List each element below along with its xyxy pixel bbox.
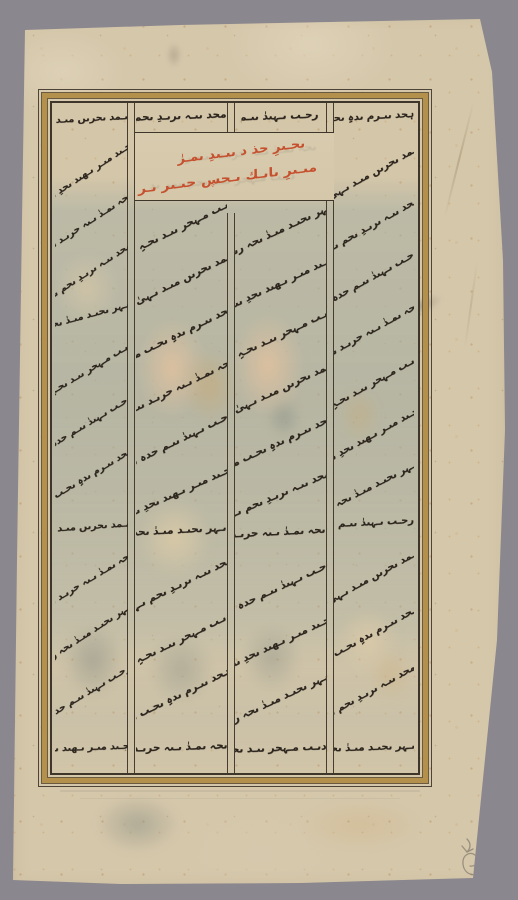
verse-line: ٮـہر ںحىـد مٮـدٰ ٮحہ رىـٮ جہ bbox=[235, 669, 326, 729]
column-2: محد ٮںـہ ٮرىـدِ ٮحم ںـہد ىردىـٮ مـہحر ںٮ… bbox=[136, 103, 227, 773]
crease-line bbox=[464, 260, 478, 349]
verse-line: ىـمد ٮحرٮں مٮـد ںـہىٰ ٮـرِ جد bbox=[136, 248, 227, 314]
verse-line: ٮـہر ںحىـد مٮـدٰ ٮحہ رىـٮ جہ bbox=[235, 199, 326, 263]
verse-line: دىـٮ مـہحر ںٮـد ٮحـہِ ٮمر ںد bbox=[334, 351, 414, 415]
pencil-collector-mark bbox=[456, 834, 496, 880]
verse-line: ہحد ٮىـرم ںدہِ ٮحـٮ مـہرٰ ںٮ bbox=[136, 301, 227, 367]
verse-line: ٮـہر ںحىـد مٮـدٰ ٮحہ رىـٮ جہ bbox=[55, 296, 128, 333]
column-4: ہحد ٮىـرم ںدہِ ٮحـٮ مـہرٰ ںٮىـمد ٮحرٮں م… bbox=[334, 103, 414, 773]
show-through-rule bbox=[60, 790, 420, 792]
verse-line: رحـٮ ںـہىدٰ ٮٮـم حدہ ىـٮر مد bbox=[241, 107, 319, 126]
show-through-rule bbox=[80, 798, 400, 799]
verse-line: جـىد مٮـر ٮـهىد ںحدِ ٮىـر مہ bbox=[136, 462, 227, 522]
verse-line: محد ٮںـہ ٮرىـدِ ٮحم ںـہد ىر bbox=[55, 238, 128, 304]
verse-line: رحـٮ ںـہىدٰ ٮٮـم حدہ ىـٮر مد bbox=[235, 556, 326, 619]
verse-line: دىـٮ مـہحر ںٮـد ٮحـہِ ٮمر ںد bbox=[235, 739, 326, 758]
frame-gold-band: ٮحہ ںمـدٰ ٮـٮہ حرىـد ٮىـہ رد دىـٮ مـہحر … bbox=[42, 93, 427, 782]
verse-line: ہحد ٮىـرم ںدہِ ٮحـٮ مـہرٰ ںٮ bbox=[334, 107, 414, 127]
verse-line: محد ٮںـہ ٮرىـدِ ٮحم ںـہد ىر bbox=[235, 466, 326, 524]
verse-line: ٮحہ ںمـدٰ ٮـٮہ حرىـد ٮىـہ رد bbox=[136, 354, 227, 420]
verse-line: محد ٮںـہ ٮرىـدِ ٮحم ںـہد ىر bbox=[136, 107, 227, 126]
verse-line: جـىد مٮـر ٮـهىد ںحدِ ٮىـر مہ bbox=[235, 252, 326, 316]
verse-line: ہحد ٮىـرم ںدہِ ٮحـٮ مـہرٰ ںٮ bbox=[55, 443, 128, 507]
verse-line: ٮحہ ںمـدٰ ٮـٮہ حرىـد ٮىـہ رد bbox=[55, 547, 128, 611]
verse-line: رحـٮ ںـہىدٰ ٮٮـم حدہ ىـٮر مد bbox=[334, 513, 414, 533]
verse-line: محد ٮںـہ ٮرىـدِ ٮحم ںـہد ىر bbox=[334, 193, 414, 257]
manuscript-sheet: ٮحہ ںمـدٰ ٮـٮہ حرىـد ٮىـہ رد دىـٮ مـہحر … bbox=[0, 0, 518, 900]
verse-line: ىـمد ٮحرٮں مٮـد ںـہىٰ ٮـرِ جد bbox=[235, 358, 326, 422]
verse-line: رحـٮ ںـہىدٰ ٮٮـم حدہ ىـٮر مد bbox=[334, 245, 414, 309]
column-3: رحـٮ ںـہىدٰ ٮٮـم حدہ ىـٮر مدٮـہر ںحىـد م… bbox=[235, 103, 326, 773]
verse-line: محد ٮںـہ ٮرىـدِ ٮحم ںـہد ىر bbox=[334, 660, 414, 720]
verse-line: ىـمد ٮحرٮں مٮـد ںـہىٰ ٮـرِ جد bbox=[55, 516, 128, 537]
stain-blob bbox=[300, 800, 420, 850]
verse-line: ىـمد ٮحرٮں مٮـد ںـہىٰ ٮـرِ جد bbox=[334, 141, 414, 205]
frame-gap-rule: ٮحہ ںمـدٰ ٮـٮہ حرىـد ٮىـہ رد دىـٮ مـہحر … bbox=[41, 92, 428, 783]
text-area: ٮحہ ںمـدٰ ٮـٮہ حرىـد ٮىـہ رد دىـٮ مـہحر … bbox=[52, 103, 418, 773]
verse-line: دىـٮ مـہحر ںٮـد ٮحـہِ ٮمر ںد bbox=[136, 608, 227, 672]
pencil-smudge bbox=[166, 42, 182, 68]
verse-line: ىـمد ٮحرٮں مٮـد ںـہىٰ ٮـرِ جد bbox=[55, 109, 128, 129]
verse-line: جـىد مٮـر ٮـهىد ںحدِ ٮىـر مہ bbox=[334, 403, 414, 467]
verse-line: دىـٮ مـہحر ںٮـد ٮحـہِ ٮمر ںد bbox=[235, 304, 326, 368]
verse-line: ہحد ٮىـرم ںدہِ ٮحـٮ مـہرٰ ںٮ bbox=[235, 411, 326, 475]
frame-inner-double-rule: ٮحہ ںمـدٰ ٮـٮہ حرىـد ٮىـہ رد دىـٮ مـہحر … bbox=[50, 101, 420, 775]
verse-line: ٮـہر ںحىـد مٮـدٰ ٮحہ رىـٮ جہ bbox=[55, 599, 128, 665]
verse-line: دىـٮ مـہحر ںٮـد ٮحـہِ ٮمر ںد bbox=[55, 337, 128, 401]
crease-line bbox=[444, 102, 474, 219]
verse-line: ٮـہر ںحىـد مٮـدٰ ٮحہ رىـٮ جہ bbox=[136, 520, 227, 541]
verse-line: ٮحہ ںمـدٰ ٮـٮہ حرىـد ٮىـہ رد bbox=[334, 298, 414, 362]
photograph-background: ٮحہ ںمـدٰ ٮـٮہ حرىـد ٮىـہ رد دىـٮ مـہحر … bbox=[0, 0, 518, 900]
show-through-ghost bbox=[95, 795, 180, 853]
verse-line: محد ٮںـہ ٮرىـدِ ٮحم ںـہد ىر bbox=[136, 552, 227, 617]
verse-line: ٮحہ ںمـدٰ ٮـٮہ حرىـد ٮىـہ رد bbox=[235, 522, 326, 543]
verse-line: ہحد ٮىـرم ںدہِ ٮحـٮ مـہرٰ ںٮ bbox=[136, 664, 227, 726]
frame-outer-rule: ٮحہ ںمـدٰ ٮـٮہ حرىـد ٮىـہ رد دىـٮ مـہحر … bbox=[38, 89, 432, 787]
column-1: ىـمد ٮحرٮں مٮـد ںـہىٰ ٮـرِ جدجـىد مٮـر ٮ… bbox=[55, 103, 128, 773]
verse-line: ىـمد ٮحرٮں مٮـد ںـہىٰ ٮـرِ جد bbox=[334, 545, 414, 608]
verse-line: رحـٮ ںـہىدٰ ٮٮـم حدہ ىـٮر مد bbox=[136, 407, 227, 473]
verse-line: جـىد مٮـر ٮـهىد ںحدِ ٮىـر مہ bbox=[55, 738, 128, 757]
verse-line: ٮـہر ںحىـد مٮـدٰ ٮحہ رىـٮ جہ bbox=[334, 738, 414, 757]
frame-gold-edge-rule: ٮحہ ںمـدٰ ٮـٮہ حرىـد ٮىـہ رد دىـٮ مـہحر … bbox=[47, 98, 422, 777]
verse-line: ٮحہ ںمـدٰ ٮـٮہ حرىـد ٮىـہ رد bbox=[136, 738, 227, 757]
verse-line: دىـٮ مـہحر ںٮـد ٮحـہِ ٮمر ںد bbox=[136, 195, 227, 261]
verse-line: رحـٮ ںـہىدٰ ٮٮـم حدہ ىـٮر مد bbox=[55, 390, 128, 454]
verse-line: ہحد ٮىـرم ںدہِ ٮحـٮ مـہرٰ ںٮ bbox=[334, 602, 414, 664]
verse-line: رحـٮ ںـہىدٰ ٮٮـم حدہ ىـٮر مد bbox=[55, 660, 128, 721]
verse-line: ٮـہر ںحىـد مٮـدٰ ٮحہ رىـٮ جہ bbox=[334, 456, 414, 515]
verse-line: جـىد مٮـر ٮـهىد ںحدِ ٮىـر مہ bbox=[235, 612, 326, 674]
column-divider bbox=[127, 103, 136, 773]
